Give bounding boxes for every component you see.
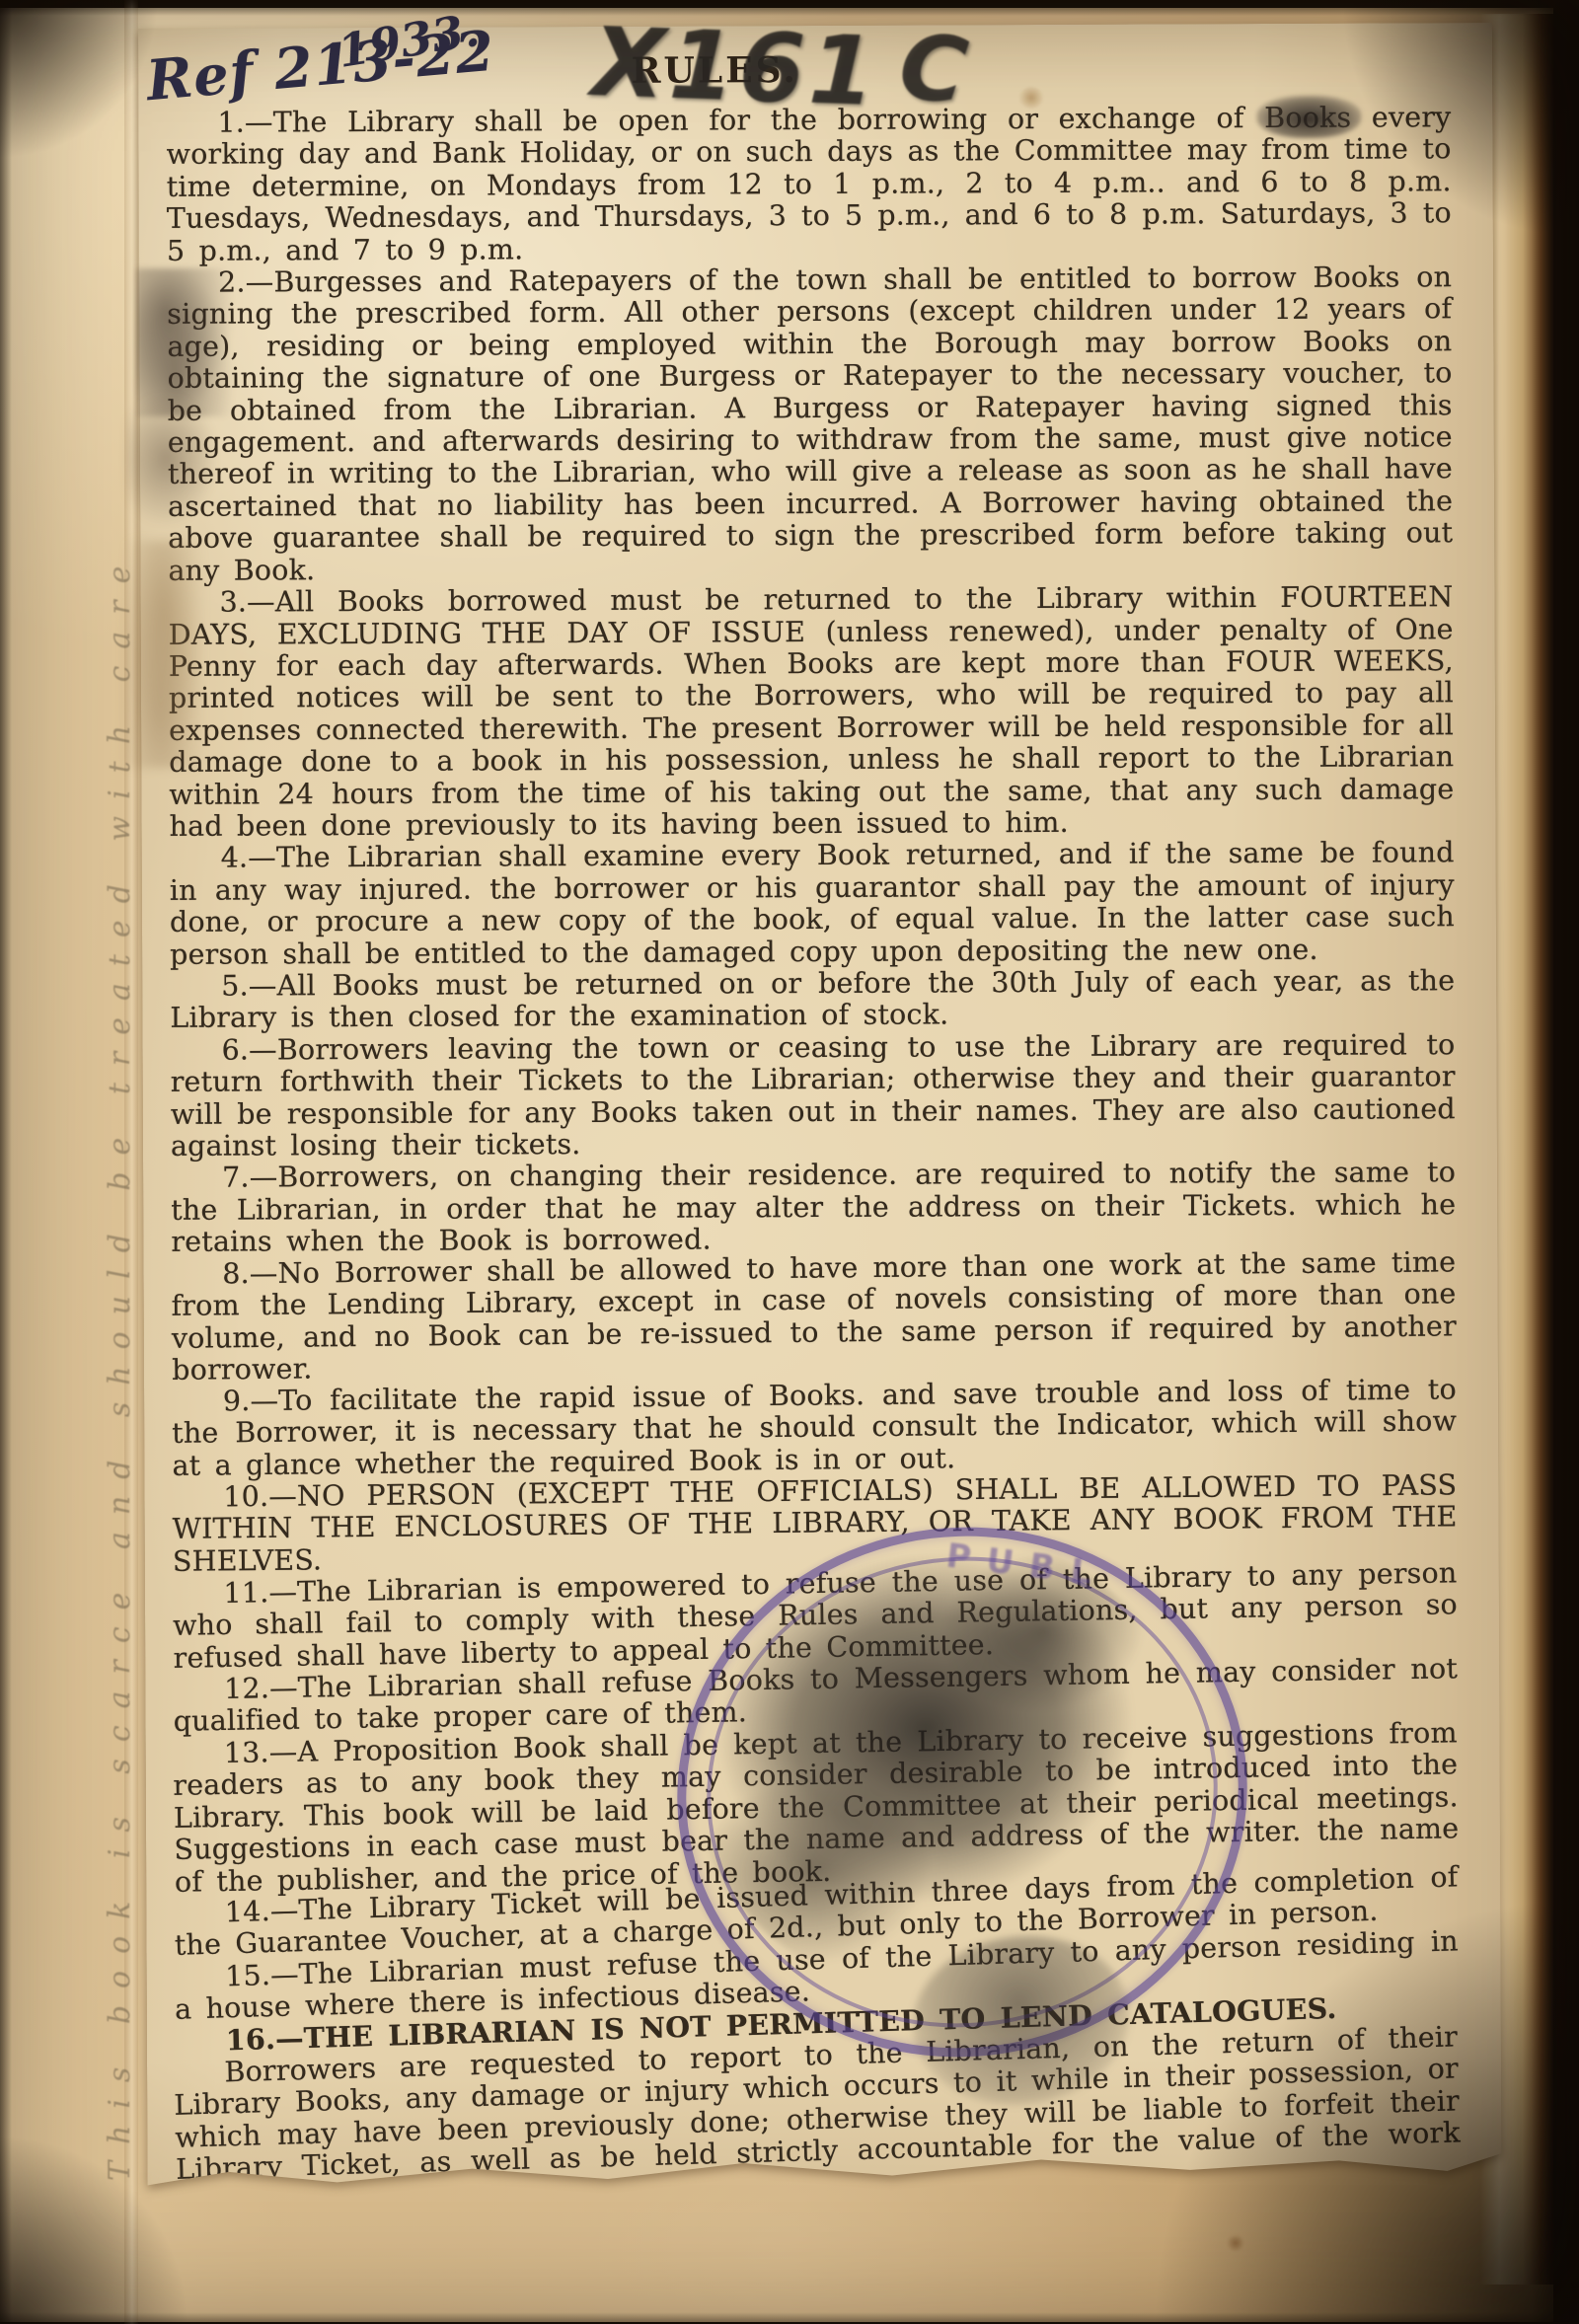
rule-1: 1.—The Library shall be open for the bor… [166, 102, 1452, 267]
rule-4: 4.—The Librarian shall examine every Boo… [170, 838, 1456, 971]
handwritten-shelf-letter: C [894, 12, 973, 124]
rule-6: 6.—Borrowers leaving the town or ceasing… [170, 1029, 1456, 1162]
rule-7: 7.—Borrowers, on changing their residenc… [171, 1158, 1456, 1259]
crossed-out-word: Books [1264, 102, 1351, 134]
rules-sheet: RULES. 1.—The Library shall be open for … [138, 23, 1502, 2192]
rule-3: 3.—All Books borrowed must be returned t… [168, 581, 1454, 843]
handwritten-shelf-mark: X161 [590, 7, 880, 127]
pencil-margin-note: This book is scarce and should be treate… [103, 513, 137, 2181]
rule-9: 9.—To facilitate the rapid issue of Book… [172, 1375, 1458, 1483]
rule-5: 5.—All Books must be returned on or befo… [170, 965, 1455, 1034]
rules-list: 1.—The Library shall be open for the bor… [166, 102, 1460, 2192]
photo-frame: RULES. 1.—The Library shall be open for … [0, 0, 1579, 2324]
rules-text-block: RULES. 1.—The Library shall be open for … [166, 46, 1461, 2192]
rule-8: 8.—No Borrower shall be allowed to have … [171, 1246, 1457, 1387]
rule-2: 2.—Burgesses and Ratepayers of the town … [167, 262, 1453, 587]
